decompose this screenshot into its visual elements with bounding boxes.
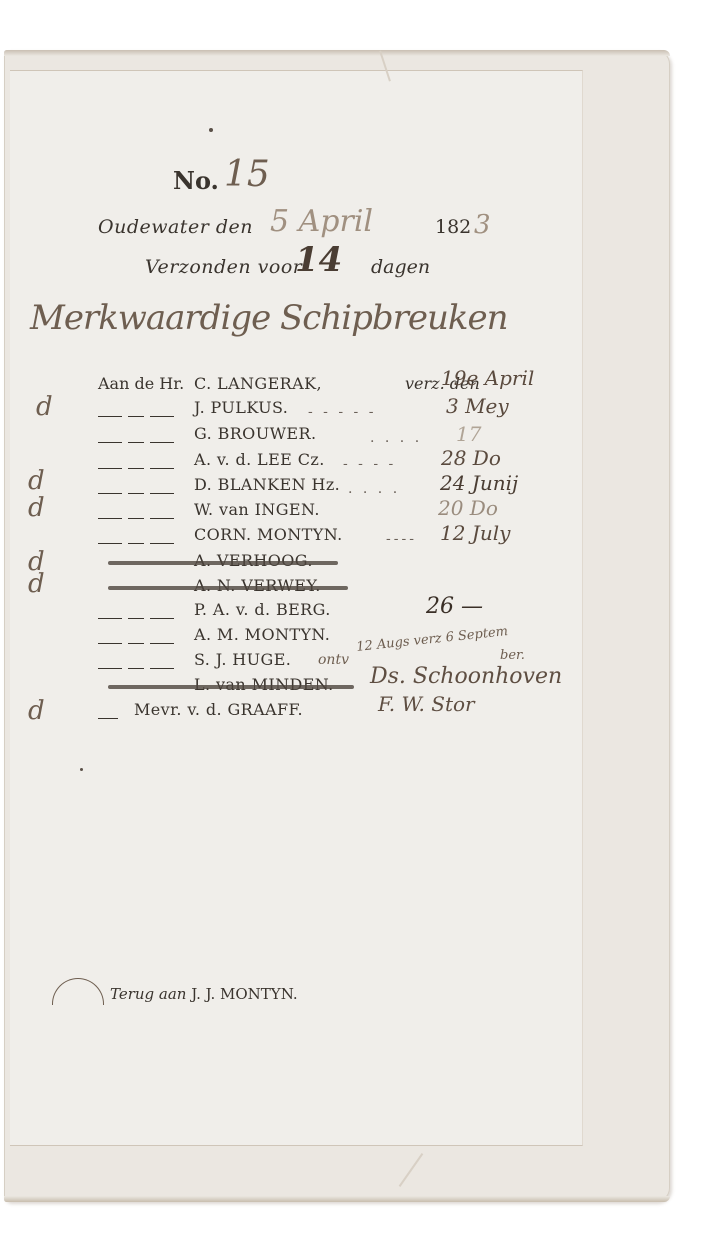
number-label: No. [173,166,219,195]
margin-tick-mark: d [28,696,45,726]
year-printed: 182 [435,216,471,238]
recipient-row: d D. BLANKEN Hz. . . . . 24 Junij [98,475,578,499]
ink-speck [209,128,213,132]
recipient-date: 24 Junij [440,471,518,495]
recipient-date: 19e April [441,366,534,390]
margin-tick-mark: d [28,493,45,523]
dash-leader [98,536,180,550]
recipient-date: 3 Mey [446,394,509,418]
strikethrough-line [108,561,338,565]
dash-leader [98,461,180,475]
return-line: Terug aan J. J. MONTYN. [110,985,298,1003]
recipient-date: 17 [456,422,481,446]
dash-leader [98,409,180,423]
recipient-intro: Aan de Hr. [98,374,184,393]
dot-leader: - - - - - [308,404,376,420]
recipient-row: J. PULKUS. - - - - - 3 Mey [98,398,578,422]
recipient-name: C. LANGERAK, [194,374,322,393]
strikethrough-line [108,685,354,689]
dash-leader [98,611,180,625]
days-handwritten: 14 [295,240,342,280]
date-handwritten: 5 April [270,204,373,239]
recipient-row-struck: d A. VERHOOG. [98,551,578,575]
recipient-date: 12 July [440,521,510,545]
margin-tick-mark: d [28,466,45,496]
recipient-row: d CORN. MONTYN. ---- 12 July [98,525,578,549]
dot-leader: . . . . [348,481,400,497]
recipient-name: W. van INGEN. [194,500,320,519]
dash-leader [98,486,180,500]
dot-leader: . . . . [370,430,422,446]
annotation-ds-name: Ds. Schoonhoven [370,664,562,689]
year-handwritten: 3 [474,210,491,240]
return-name: J. J. MONTYN. [191,985,297,1003]
dash-leader [98,435,180,449]
dash-leader [98,711,124,725]
recipient-name: S. J. HUGE. [194,650,291,669]
recipient-name: J. PULKUS. [194,398,288,417]
recipient-date: 28 Do [441,446,501,470]
number-handwritten: 15 [224,154,270,195]
dash-leader [98,511,180,525]
recipient-date: 26 — [426,594,483,619]
recipient-name: G. BROUWER. [194,424,316,443]
book-title-handwritten: Merkwaardige Schipbreuken [30,298,508,338]
margin-tick-mark: d [28,569,45,599]
recipient-name: Mevr. v. d. GRAAFF. [134,700,303,719]
dash-leader [98,661,180,675]
recipient-name: A. v. d. LEE Cz. [194,450,325,469]
recipient-name: P. A. v. d. BERG. [194,600,331,619]
return-label: Terug aan [110,985,186,1003]
strikethrough-line [108,586,348,590]
annotation-ontv: ontv [318,652,349,668]
recipient-name: D. BLANKEN Hz. [194,475,340,494]
recipient-row: d Mevr. v. d. GRAAFF. [98,700,578,724]
annotation-stor-name: F. W. Stor [378,692,475,716]
annotation-ber: ber. [500,648,525,663]
margin-tick-mark: d [36,392,53,422]
recipient-row-struck: A. N. VERWEY. [98,576,578,600]
ink-speck [80,768,83,771]
dot-leader: - - - - [343,456,396,472]
recipient-row: P. A. v. d. BERG. 26 — [98,600,578,624]
recipient-name: CORN. MONTYN. [194,525,343,544]
recipient-row: G. BROUWER. . . . . 17 [98,424,578,448]
place-prefix: Oudewater den [98,216,253,238]
days-suffix: dagen [371,256,430,278]
dash-leader [98,636,180,650]
recipient-name: A. M. MONTYN. [194,625,330,644]
recipient-date: 20 Do [438,496,498,520]
dot-leader: ---- [386,531,417,547]
sent-prefix: Verzonden voor [145,256,302,278]
